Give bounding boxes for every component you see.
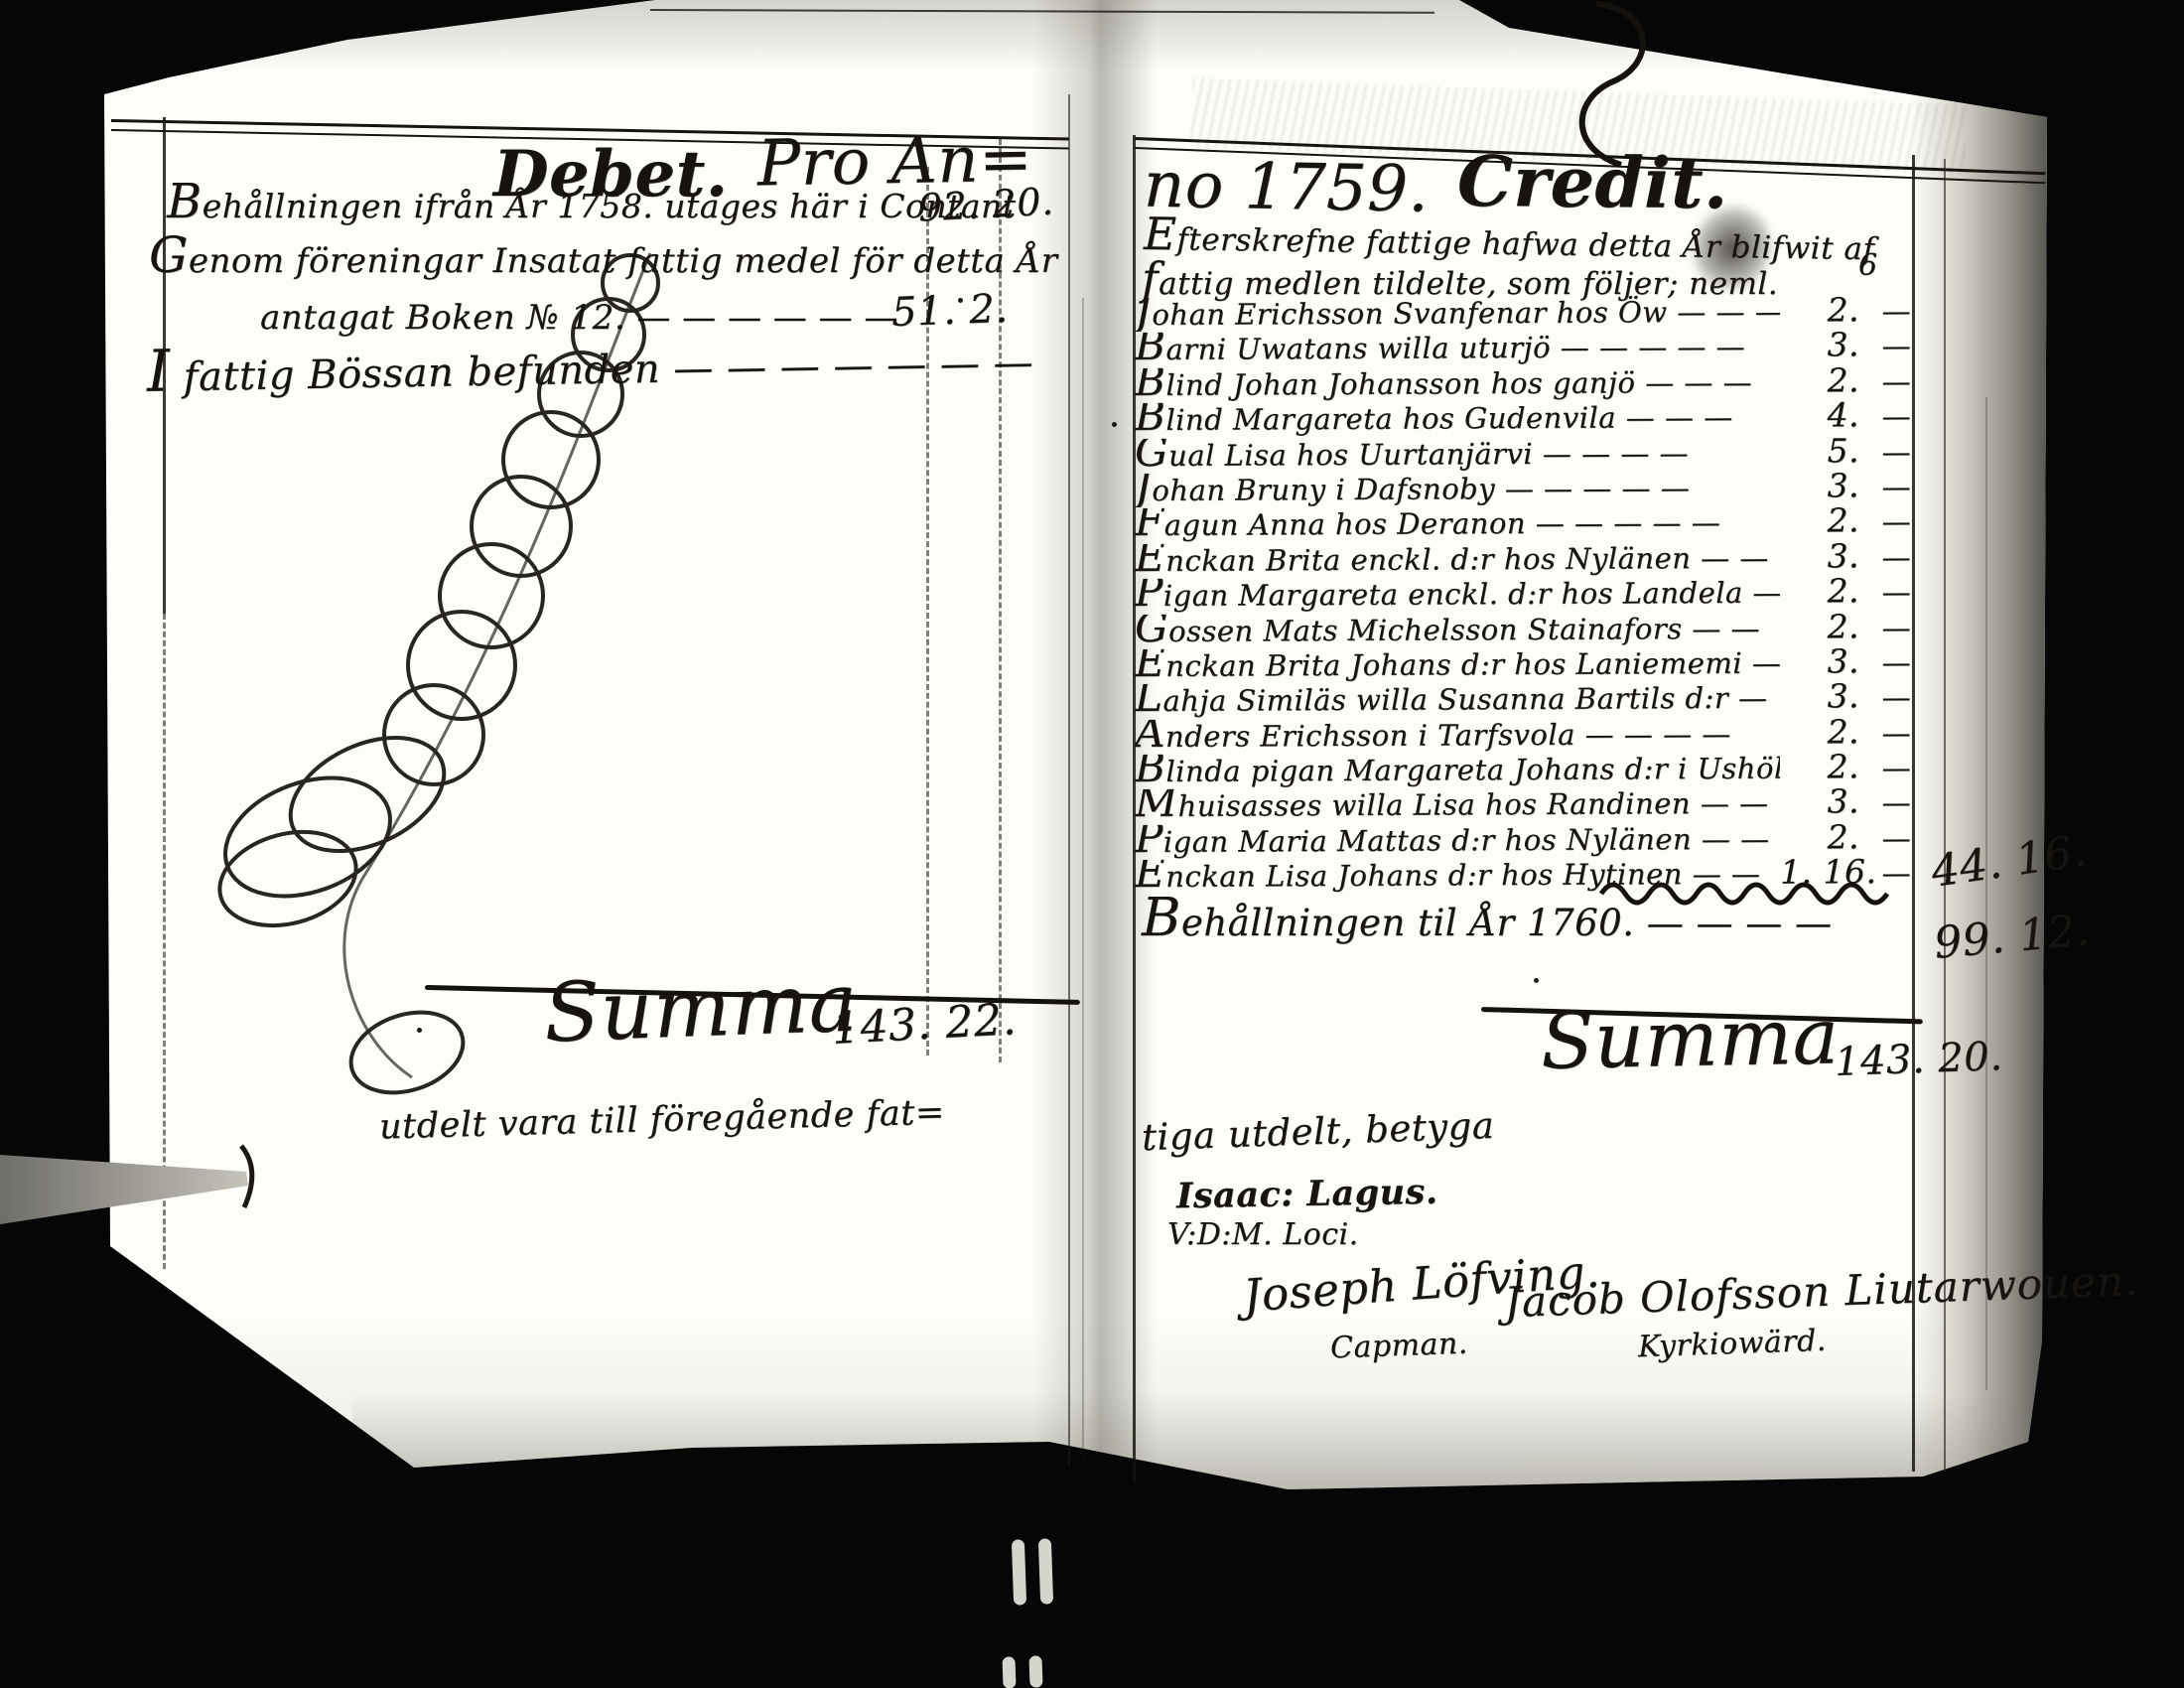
left-entry-2-amount: 51. 2. [890, 286, 1009, 336]
entry-amount: 5. [1780, 431, 1859, 470]
entry-tail-dash: — [1859, 470, 1911, 503]
entry-amount: 2. [1780, 607, 1859, 645]
gutter-fold-line [1068, 94, 1070, 1465]
table-row: Gual Lisa hos Uurtanjärvi — — — —5.— [1135, 431, 1911, 470]
entry-amount: 3. [1780, 641, 1859, 680]
film-frame-bar [1038, 1538, 1053, 1604]
entry-tail-dash: — [1859, 435, 1911, 469]
table-row: Blind Johan Johansson hos ganjö — — —2.— [1135, 360, 1911, 399]
table-row: Anders Erichsson i Tarfsvola — — — —2.— [1135, 712, 1911, 751]
entry-tail-dash: — [1859, 751, 1911, 784]
table-row: Johan Erichsson Svanfenar hos Öw — — —2.… [1135, 290, 1911, 329]
right-intro-amount: 6 [1858, 248, 1878, 283]
entry-amount: 3. [1780, 677, 1859, 716]
balance-line: Behållningen til År 1760. — — — — [1142, 902, 1832, 944]
gutter-fold-line-2 [1082, 298, 1084, 1460]
attestation-name: Isaac: Lagus. [1176, 1172, 1438, 1217]
table-row: Pigan Maria Mattas d:r hos Nylänen — —2.… [1135, 817, 1911, 856]
entry-amount: 2. [1780, 290, 1859, 329]
film-frame-bar [1012, 1539, 1026, 1605]
entry-tail-dash: — [1859, 294, 1911, 328]
table-row: Mhuisasses willa Lisa hos Randinen — —3.… [1135, 781, 1911, 820]
right-summa-value: 143. 20. [1834, 1034, 2003, 1085]
entry-amount: 3. [1780, 536, 1859, 575]
film-frame-mark-2 [1002, 1655, 1042, 1688]
right-page-heading-anno: no 1759. [1143, 148, 1430, 226]
left-summa-label: Summa [542, 956, 859, 1061]
entry-amount: 2. [1780, 360, 1859, 399]
entry-tail-dash: — [1859, 610, 1911, 643]
entry-tail-dash: — [1859, 716, 1911, 750]
entry-tail-dash: — [1859, 504, 1911, 538]
table-row: Barni Uwatans willa uturjö — — — — —3.— [1135, 325, 1911, 363]
entry-amount: 2. [1780, 817, 1859, 856]
dust-speck [1534, 978, 1539, 983]
right-page-heading-credit: Credit. [1457, 140, 1729, 224]
entry-amount: 3. [1780, 782, 1859, 821]
entry-tail-dash: — [1859, 540, 1911, 574]
dust-speck [958, 298, 963, 303]
film-frame-bar [1002, 1656, 1016, 1688]
signature-2-title: Kyrkiowärd. [1637, 1324, 1827, 1365]
entry-tail-dash: — [1859, 785, 1911, 819]
table-row: Gossen Mats Michelsson Stainafors — —2.— [1135, 606, 1911, 644]
entry-tail-dash: — [1859, 680, 1911, 714]
entry-amount: 2. [1780, 747, 1859, 785]
entry-tail-dash: — [1859, 645, 1911, 679]
film-frame-mark [1012, 1538, 1053, 1605]
entry-tail-dash: — [1859, 575, 1911, 609]
entry-amount: 4. [1780, 395, 1859, 434]
entry-amount: 2. [1780, 571, 1859, 610]
entry-tail-dash: — [1859, 364, 1911, 398]
table-row: Fagun Anna hos Deranon — — — — —2.— [1135, 500, 1911, 539]
film-frame-bar [1028, 1655, 1042, 1687]
entry-amount: 3. [1780, 326, 1859, 364]
bottom-page-edge [352, 1392, 2030, 1491]
credit-entries-list: Johan Erichsson Svanfenar hos Öw — — —2.… [1135, 292, 1911, 890]
left-entry-1: Behållningen ifrån År 1758. utages här i… [167, 187, 1017, 225]
entry-tail-dash: — [1859, 821, 1911, 855]
pointer-strip [0, 1140, 278, 1239]
entry-tail-dash: — [1859, 399, 1911, 433]
left-entry-1-amount: 92. 20. [917, 179, 1055, 229]
dust-speck [1112, 422, 1117, 427]
attestation-title: V:D:M. Loci. [1167, 1217, 1359, 1252]
table-row: Enckan Brita enckl. d:r hos Nylänen — —3… [1135, 536, 1911, 575]
table-row: Johan Bruny i Dafsnoby — — — — —3.— [1135, 466, 1911, 504]
right-summa-label: Summa [1540, 992, 1840, 1086]
table-row: Blind Margareta hos Gudenvila — — —4.— [1135, 395, 1911, 434]
signature-1-title: Capman. [1329, 1327, 1468, 1366]
entry-amount: 2. [1780, 712, 1859, 751]
entry-tail-dash: — [1859, 329, 1911, 362]
right-money-column-3 [1985, 397, 1987, 1390]
table-row: Lahja Similäs willa Susanna Bartils d:r … [1135, 676, 1911, 715]
entry-amount: 3. [1780, 466, 1859, 504]
left-summa-value: 143. 22. [831, 994, 1018, 1055]
entry-amount: 2. [1780, 501, 1859, 540]
table-row: Enckan Brita Johans d:r hos Laniememi —3… [1135, 641, 1911, 680]
dust-speck [417, 1028, 422, 1033]
table-row: Pigan Margareta enckl. d:r hos Landela —… [1135, 571, 1911, 610]
table-row: Blinda pigan Margareta Johans d:r i Ushö… [1135, 747, 1911, 785]
